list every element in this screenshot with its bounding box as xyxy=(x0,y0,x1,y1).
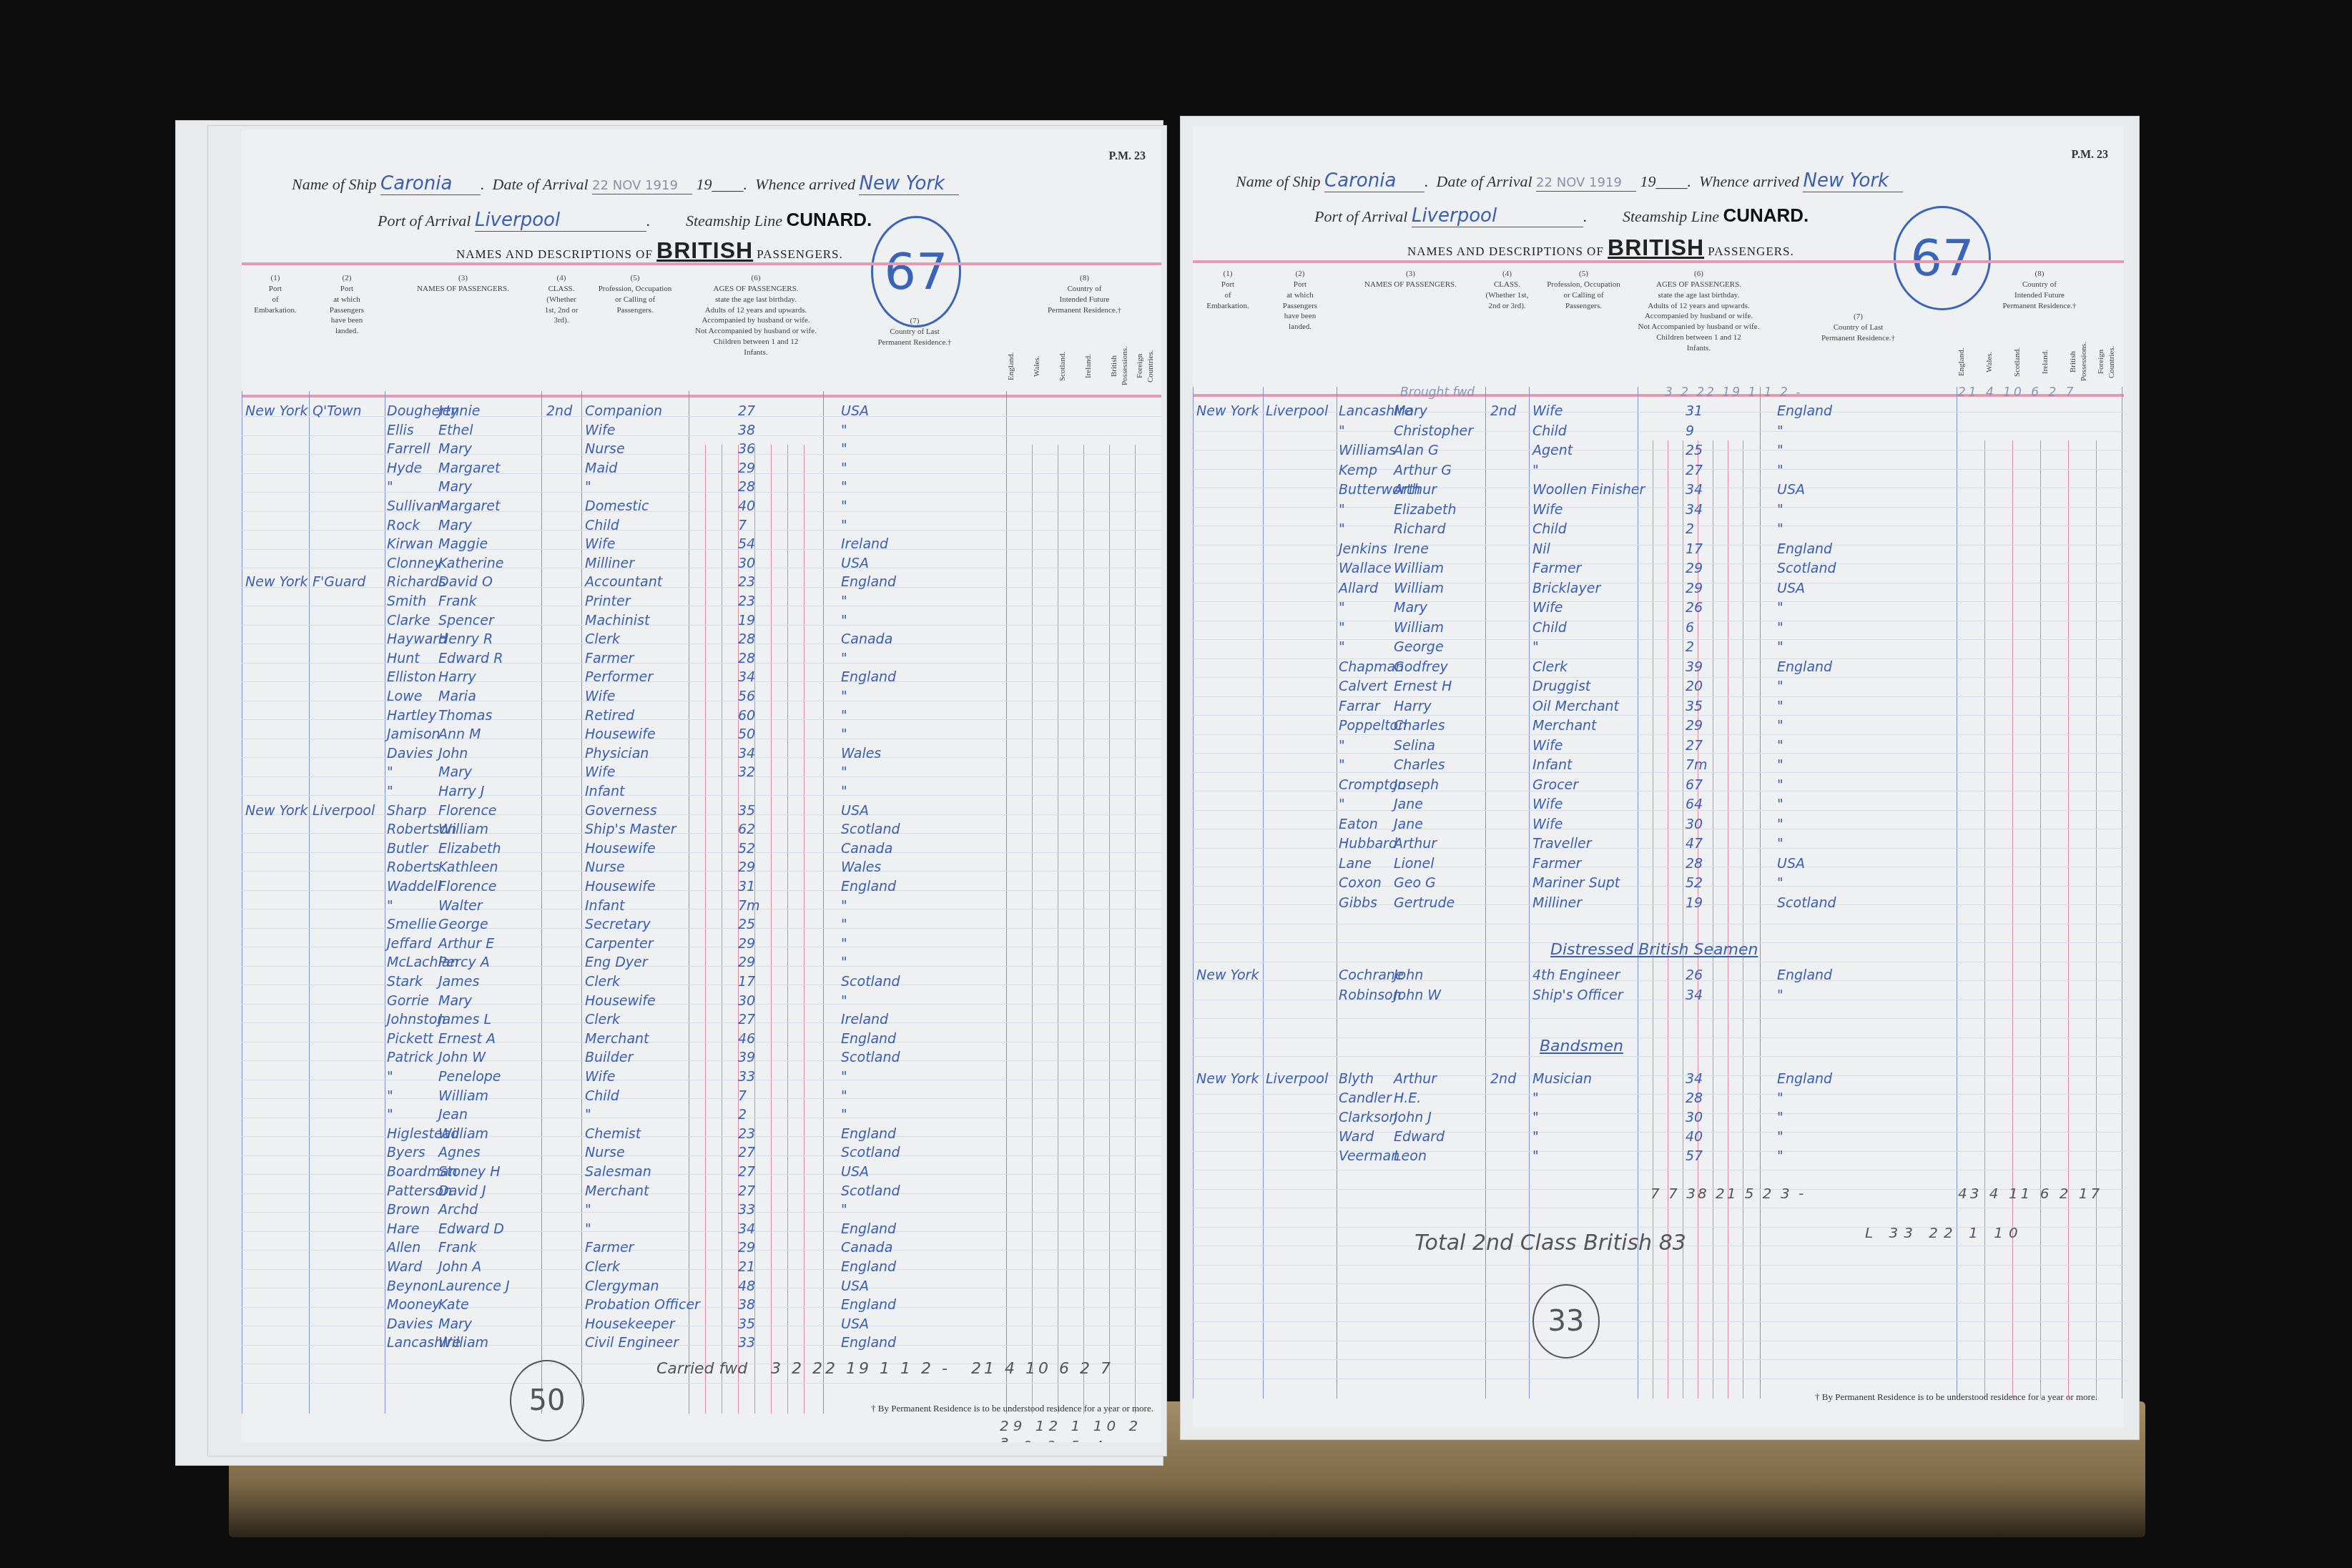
country-last-residence: Scotland xyxy=(841,1048,900,1067)
country-last-residence: " xyxy=(1777,618,1783,637)
occupation: 4th Engineer xyxy=(1532,966,1620,985)
country-last-residence: USA xyxy=(841,1277,869,1296)
age: 23 xyxy=(738,592,755,611)
surname: Hunt xyxy=(387,649,420,668)
given-name: Thomas xyxy=(438,706,492,725)
surname: " xyxy=(1339,520,1345,538)
passenger-row: "MaryWife32" xyxy=(242,763,1161,781)
occupation: Agent xyxy=(1532,441,1573,460)
given-name: William xyxy=(1394,579,1444,598)
carried-forward-ages: 3 2 22 19 1 1 2 - xyxy=(771,1360,950,1379)
passenger-row: KempArthur G"27" xyxy=(1193,461,2124,480)
occupation: Governess xyxy=(585,802,657,820)
passenger-row: CromptonJosephGrocer67" xyxy=(1193,776,2124,794)
age: 25 xyxy=(738,915,755,934)
country-last-residence: " xyxy=(1777,756,1783,774)
given-name: John W xyxy=(1394,986,1441,1005)
occupation: " xyxy=(1532,1147,1539,1165)
age: 29 xyxy=(738,858,755,877)
surname: Jamison xyxy=(387,725,441,744)
country-last-residence: USA xyxy=(841,1163,869,1181)
country-last-residence: " xyxy=(841,421,847,440)
country-last-residence: USA xyxy=(1777,480,1805,499)
age: 20 xyxy=(1686,677,1703,696)
occupation: Ship's Master xyxy=(585,820,676,839)
passenger-row: CoxonGeo GMariner Supt52" xyxy=(1193,874,2124,892)
occupation: " xyxy=(1532,1108,1539,1127)
passenger-row: "MaryWife26" xyxy=(1193,598,2124,617)
country-last-residence: " xyxy=(841,953,847,972)
country-last-residence: England xyxy=(841,1220,896,1238)
given-name: John J xyxy=(1394,1108,1432,1127)
passenger-row: "WalterInfant7m" xyxy=(242,897,1161,915)
residence-subheader: Ireland. xyxy=(2040,340,2051,383)
country-last-residence: " xyxy=(1777,677,1783,696)
surname: " xyxy=(387,1105,393,1124)
passenger-row: PickettErnest AMerchant46England xyxy=(242,1030,1161,1048)
country-last-residence: " xyxy=(1777,638,1783,656)
country-last-residence: " xyxy=(1777,598,1783,617)
surname: Beynon xyxy=(387,1277,438,1296)
surname: Sharp xyxy=(387,802,427,820)
footnote: † By Permanent Residence is to be unders… xyxy=(871,1403,1153,1414)
occupation: Child xyxy=(585,1087,619,1105)
occupation: Child xyxy=(1532,422,1567,440)
occupation: Salesman xyxy=(585,1163,651,1181)
given-name: Agnes xyxy=(438,1143,481,1162)
surname: Johnston xyxy=(387,1010,446,1029)
age: 27 xyxy=(1686,461,1703,480)
passenger-row: JamisonAnn MHousewife50" xyxy=(242,725,1161,744)
occupation: Farmer xyxy=(585,649,634,668)
surname: " xyxy=(387,1087,393,1105)
given-name: John W xyxy=(438,1048,486,1067)
occupation: Carpenter xyxy=(585,935,653,953)
occupation: Companion xyxy=(585,402,662,420)
surname: " xyxy=(1339,756,1345,774)
occupation: Merchant xyxy=(1532,716,1597,735)
country-last-residence: England xyxy=(841,1333,896,1352)
country-last-residence: " xyxy=(841,1087,847,1105)
given-name: Mary xyxy=(438,1315,472,1333)
occupation: Wife xyxy=(1532,598,1563,617)
column-header-c3: (3)NAMES OF PASSENGERS. xyxy=(1337,269,1485,290)
row-rule xyxy=(1193,1379,2124,1379)
given-name: Arthur xyxy=(1394,834,1437,853)
given-name: Florence xyxy=(438,877,497,896)
residence-subheader: British Possessions. xyxy=(2068,340,2090,383)
occupation: Nurse xyxy=(585,1143,625,1162)
age: 40 xyxy=(1686,1128,1703,1146)
age: 35 xyxy=(738,802,755,820)
surname: Gibbs xyxy=(1339,894,1377,912)
given-name: Charles xyxy=(1394,756,1445,774)
occupation: Clerk xyxy=(585,630,620,649)
age: 26 xyxy=(1686,966,1703,985)
surname: " xyxy=(1339,736,1345,755)
country-last-residence: England xyxy=(841,877,896,896)
country-last-residence: " xyxy=(841,649,847,668)
surname: Lane xyxy=(1339,854,1372,873)
occupation: Woollen Finisher xyxy=(1532,480,1645,499)
surname: Candler xyxy=(1339,1089,1392,1108)
section-distressed-seamen: Distressed British Seamen xyxy=(1550,941,1758,959)
passenger-row: "Jean"2" xyxy=(242,1105,1161,1124)
surname: " xyxy=(1339,618,1345,637)
passenger-row: New YorkCochraneJohn4th Engineer26Englan… xyxy=(1193,966,2124,985)
port-of-arrival-field: Port of Arrival Liverpool. Steamship Lin… xyxy=(1314,204,1809,227)
occupation: Accountant xyxy=(585,573,662,591)
occupation: Infant xyxy=(1532,756,1572,774)
port-of-embarkation: New York xyxy=(1196,966,1259,985)
age: 50 xyxy=(738,725,755,744)
column-header-c6: (6)AGES OF PASSENGERS.state the age last… xyxy=(1638,269,1760,354)
occupation: Wife xyxy=(585,1067,615,1086)
surname: Kirwan xyxy=(387,535,433,553)
surname: Waddell xyxy=(387,877,441,896)
given-name: Spencer xyxy=(438,611,494,630)
given-name: Elizabeth xyxy=(438,839,501,858)
age: 33 xyxy=(738,1200,755,1219)
country-last-residence: Scotland xyxy=(841,1143,900,1162)
column-rule xyxy=(1760,387,1761,1399)
age: 28 xyxy=(1686,854,1703,873)
passenger-row: BoardmanStoney HSalesman27USA xyxy=(242,1163,1161,1181)
age: 29 xyxy=(1686,579,1703,598)
age: 35 xyxy=(738,1315,755,1333)
row-rule xyxy=(1193,962,2124,962)
passenger-row: "RichardChild2" xyxy=(1193,520,2124,538)
age: 29 xyxy=(738,935,755,953)
occupation: Clerk xyxy=(585,972,620,991)
row-rule xyxy=(1193,1283,2124,1284)
age: 48 xyxy=(738,1277,755,1296)
given-name: Ernest H xyxy=(1394,677,1452,696)
age: 7 xyxy=(738,516,747,535)
given-name: Laurence J xyxy=(438,1277,510,1296)
age: 30 xyxy=(1686,1108,1703,1127)
residence-subheader: British Possessions. xyxy=(1109,345,1131,388)
given-name: James xyxy=(438,972,479,991)
age: 29 xyxy=(738,953,755,972)
passenger-row: New YorkF'GuardRichardsDavid OAccountant… xyxy=(242,573,1161,591)
surname: Eaton xyxy=(1339,815,1378,834)
country-last-residence: USA xyxy=(1777,854,1805,873)
surname: Davies xyxy=(387,744,433,763)
passenger-row: AllardWilliamBricklayer29USA xyxy=(1193,579,2124,598)
passenger-row: WaddellFlorenceHousewife31England xyxy=(242,877,1161,896)
row-rule xyxy=(1193,1321,2124,1322)
given-name: Mary xyxy=(438,478,472,496)
country-last-residence: England xyxy=(841,1258,896,1276)
given-name: Stoney H xyxy=(438,1163,500,1181)
country-last-residence: " xyxy=(1777,795,1783,814)
given-name: Margaret xyxy=(438,459,501,478)
date-stamp: 22 NOV 1919 xyxy=(592,178,678,193)
passenger-row: CandlerH.E."28" xyxy=(1193,1089,2124,1108)
date-stamp: 22 NOV 1919 xyxy=(1536,175,1622,190)
column-header-c2: (2)Portat whichPassengershave beenlanded… xyxy=(309,273,385,337)
passenger-row: LaneLionelFarmer28USA xyxy=(1193,854,2124,873)
port-of-embarkation: New York xyxy=(245,802,307,820)
class: 2nd xyxy=(546,402,572,420)
age: 34 xyxy=(1686,501,1703,519)
country-last-residence: " xyxy=(841,1067,847,1086)
country-last-residence: England xyxy=(1777,540,1832,558)
page-number-circle: 67 xyxy=(871,216,961,327)
residence-subheader: Wales. xyxy=(1984,340,1995,383)
country-last-residence: " xyxy=(1777,874,1783,892)
age: 23 xyxy=(738,573,755,591)
given-name: Percy A xyxy=(438,953,490,972)
given-name: Jane xyxy=(1394,815,1423,834)
whence-value: New York xyxy=(1803,170,1903,192)
age: 62 xyxy=(738,820,755,839)
pencil-totals: L 33 22 1 10 xyxy=(1865,1223,2024,1242)
column-header-c1: (1)PortofEmbarkation. xyxy=(242,273,309,315)
age: 34 xyxy=(738,744,755,763)
passenger-row: PattersonDavid JMerchant27Scotland xyxy=(242,1182,1161,1200)
class: 2nd xyxy=(1490,1070,1516,1088)
age: 38 xyxy=(738,1296,755,1314)
row-rule xyxy=(1193,1056,2124,1057)
given-name: Kathleen xyxy=(438,858,498,877)
age: 28 xyxy=(738,630,755,649)
surname: Elliston xyxy=(387,668,436,686)
column-rule xyxy=(1337,387,1337,1399)
age: 39 xyxy=(1686,658,1703,676)
country-last-residence: England xyxy=(1777,402,1832,420)
port-of-embarkation: New York xyxy=(1196,402,1259,420)
form-code: P.M. 23 xyxy=(1109,150,1146,163)
passenger-row: McLachlanPercy AEng Dyer29" xyxy=(242,953,1161,972)
port-value: Liverpool xyxy=(1412,205,1583,227)
given-name: Charles xyxy=(1394,716,1445,735)
given-name: Penelope xyxy=(438,1067,501,1086)
form-title: NAMES AND DESCRIPTIONS OF BRITISH PASSEN… xyxy=(456,237,843,264)
age: 7m xyxy=(1686,756,1708,774)
passenger-row: BrownArchd"33" xyxy=(242,1200,1161,1219)
country-last-residence: " xyxy=(1777,461,1783,480)
country-last-residence: Wales xyxy=(841,858,881,877)
given-name: Lionel xyxy=(1394,854,1435,873)
column-header-c8: (8)Country ofIntended FuturePermanent Re… xyxy=(1006,273,1161,315)
given-name: Mary xyxy=(1394,402,1427,420)
occupation: Bricklayer xyxy=(1532,579,1600,598)
surname: " xyxy=(1339,795,1345,814)
given-name: William xyxy=(438,1087,488,1105)
port-of-embarkation: New York xyxy=(245,573,307,591)
pencil-tally-2: 9 9 3 5 4 xyxy=(1000,1439,1108,1442)
given-name: William xyxy=(438,1333,488,1352)
given-name: James L xyxy=(438,1010,491,1029)
country-last-residence: USA xyxy=(1777,579,1805,598)
age: 6 xyxy=(1686,618,1694,637)
country-last-residence: " xyxy=(841,497,847,516)
age: 34 xyxy=(1686,986,1703,1005)
age: 27 xyxy=(738,1010,755,1029)
given-name: Mary xyxy=(438,440,472,458)
passenger-row: CalvertErnest HDruggist20" xyxy=(1193,677,2124,696)
country-last-residence: " xyxy=(1777,1108,1783,1127)
country-last-residence: " xyxy=(841,516,847,535)
given-name: Geo G xyxy=(1394,874,1436,892)
country-last-residence: Canada xyxy=(841,630,892,649)
age: 27 xyxy=(738,402,755,420)
country-last-residence: USA xyxy=(841,802,869,820)
passenger-row: GorrieMaryHousewife30" xyxy=(242,992,1161,1010)
passenger-row: HydeMargaretMaid29" xyxy=(242,459,1161,478)
brought-forward-residence: 21 4 10 6 2 7 xyxy=(1958,383,2077,402)
passenger-row: New YorkLiverpoolLancashireMary2ndWife31… xyxy=(1193,402,2124,420)
age: 31 xyxy=(738,877,755,896)
occupation: Housewife xyxy=(585,992,656,1010)
residence-subheader: Foreign Countries. xyxy=(1135,345,1156,388)
surname: Hare xyxy=(387,1220,419,1238)
column-header-c1: (1)PortofEmbarkation. xyxy=(1193,269,1263,311)
surname: Clarke xyxy=(387,611,430,630)
passenger-row: WallaceWilliamFarmer29Scotland xyxy=(1193,559,2124,578)
form-title: NAMES AND DESCRIPTIONS OF BRITISH PASSEN… xyxy=(1407,235,1794,261)
surname: Jeffard xyxy=(387,935,432,953)
given-name: Harry xyxy=(438,668,476,686)
section-bandsmen: Bandsmen xyxy=(1540,1037,1623,1055)
given-name: Ann M xyxy=(438,725,481,744)
row-rule xyxy=(1193,1341,2124,1341)
given-name: Edward D xyxy=(438,1220,504,1238)
age: 28 xyxy=(738,649,755,668)
age: 60 xyxy=(738,706,755,725)
passenger-row: DaviesMaryHousekeeper35USA xyxy=(242,1315,1161,1333)
given-name: H.E. xyxy=(1394,1089,1421,1108)
occupation: Chemist xyxy=(585,1125,641,1143)
country-last-residence: Scotland xyxy=(841,1182,900,1200)
given-name: John xyxy=(1394,966,1423,985)
row-rule xyxy=(1193,1018,2124,1019)
given-name: Mary xyxy=(1394,598,1427,617)
passenger-row: HiglesteadWilliamChemist23England xyxy=(242,1125,1161,1143)
age: 7m xyxy=(738,897,760,915)
pencil-circle-number: 33 xyxy=(1532,1284,1600,1359)
passenger-row: EllisEthelWife38" xyxy=(242,421,1161,440)
occupation: Farmer xyxy=(1532,854,1581,873)
country-last-residence: " xyxy=(841,1105,847,1124)
surname: Richards xyxy=(387,573,446,591)
age: 46 xyxy=(738,1030,755,1048)
occupation: Machinist xyxy=(585,611,649,630)
age: 64 xyxy=(1686,795,1703,814)
ship-name-field: Name of Ship Caronia. Date of Arrival 22… xyxy=(1236,170,1903,192)
surname: " xyxy=(387,782,393,801)
totals-residence: 43 4 11 6 2 17 xyxy=(1958,1184,2102,1203)
surname: Williams xyxy=(1339,441,1396,460)
pencil-circle-number: 50 xyxy=(510,1360,584,1441)
country-last-residence: " xyxy=(1777,716,1783,735)
country-last-residence: " xyxy=(841,992,847,1010)
country-last-residence: " xyxy=(1777,697,1783,716)
passenger-row: HartleyThomasRetired60" xyxy=(242,706,1161,725)
column-header-c4: (4)CLASS.(Whether 1st, 2nd or 3rd). xyxy=(1485,269,1529,311)
age: 26 xyxy=(1686,598,1703,617)
right-page: P.M. 23 Name of Ship Caronia. Date of Ar… xyxy=(1193,126,2124,1427)
surname: Allard xyxy=(1339,579,1378,598)
age: 17 xyxy=(1686,540,1703,558)
passenger-row: WardEdward"40" xyxy=(1193,1128,2124,1146)
country-last-residence: " xyxy=(841,725,847,744)
given-name: Mary xyxy=(438,992,472,1010)
age: 30 xyxy=(738,554,755,573)
country-last-residence: " xyxy=(1777,776,1783,794)
surname: " xyxy=(387,1067,393,1086)
country-last-residence: Canada xyxy=(841,839,892,858)
column-header-c3: (3)NAMES OF PASSENGERS. xyxy=(385,273,541,295)
occupation: Housewife xyxy=(585,839,656,858)
occupation: " xyxy=(1532,461,1539,480)
passenger-row: ButterworthArthurWoollen Finisher34USA xyxy=(1193,480,2124,499)
occupation: Traveller xyxy=(1532,834,1592,853)
surname: " xyxy=(1339,638,1345,656)
steamship-line-value: CUNARD. xyxy=(1723,204,1809,226)
surname: Allen xyxy=(387,1238,420,1257)
occupation: " xyxy=(585,1200,591,1219)
age: 34 xyxy=(1686,1070,1703,1088)
age: 23 xyxy=(738,1125,755,1143)
occupation: Mariner Supt xyxy=(1532,874,1620,892)
port-of-embarkation: New York xyxy=(1196,1070,1259,1088)
country-last-residence: " xyxy=(1777,986,1783,1005)
occupation: " xyxy=(585,1105,591,1124)
surname: Hyde xyxy=(387,459,422,478)
whence-value: New York xyxy=(859,173,959,195)
ship-name-value: Caronia xyxy=(380,173,481,195)
given-name: Arthur E xyxy=(438,935,494,953)
passenger-row: RobinsonJohn WShip's Officer34" xyxy=(1193,986,2124,1005)
country-last-residence: Ireland xyxy=(841,535,888,553)
passenger-row: StarkJamesClerk17Scotland xyxy=(242,972,1161,991)
age: 29 xyxy=(738,1238,755,1257)
given-name: Archd xyxy=(438,1200,478,1219)
passenger-row: ClonneyKatherineMilliner30USA xyxy=(242,554,1161,573)
country-last-residence: " xyxy=(841,935,847,953)
given-name: Maria xyxy=(438,687,476,706)
residence-subheader: England. xyxy=(1957,340,1967,383)
age: 33 xyxy=(738,1067,755,1086)
occupation: Farmer xyxy=(585,1238,634,1257)
carried-forward-label: Carried fwd xyxy=(656,1360,747,1379)
surname: Pickett xyxy=(387,1030,433,1048)
surname: Smellie xyxy=(387,915,437,934)
row-rule xyxy=(1193,1037,2124,1038)
given-name: Margaret xyxy=(438,497,501,516)
brought-forward-ages: 3 2 22 19 1 1 2 - xyxy=(1665,383,1802,402)
occupation: Maid xyxy=(585,459,617,478)
occupation: Wife xyxy=(585,421,615,440)
passenger-row: JenkinsIreneNil17England xyxy=(1193,540,2124,558)
occupation: Ship's Officer xyxy=(1532,986,1623,1005)
country-last-residence: " xyxy=(841,706,847,725)
passenger-row: New YorkLiverpoolSharpFlorenceGoverness3… xyxy=(242,802,1161,820)
surname: Robinson xyxy=(1339,986,1402,1005)
occupation: Secretary xyxy=(585,915,651,934)
age: 57 xyxy=(1686,1147,1703,1165)
passenger-row: VeermanLeon"57" xyxy=(1193,1147,2124,1165)
occupation: Milliner xyxy=(1532,894,1582,912)
country-last-residence: England xyxy=(841,1296,896,1314)
occupation: Wife xyxy=(1532,402,1563,420)
country-last-residence: Scotland xyxy=(1777,894,1836,912)
occupation: Eng Dyer xyxy=(585,953,648,972)
passenger-row: New YorkLiverpoolBlythArthur2ndMusician3… xyxy=(1193,1070,2124,1088)
